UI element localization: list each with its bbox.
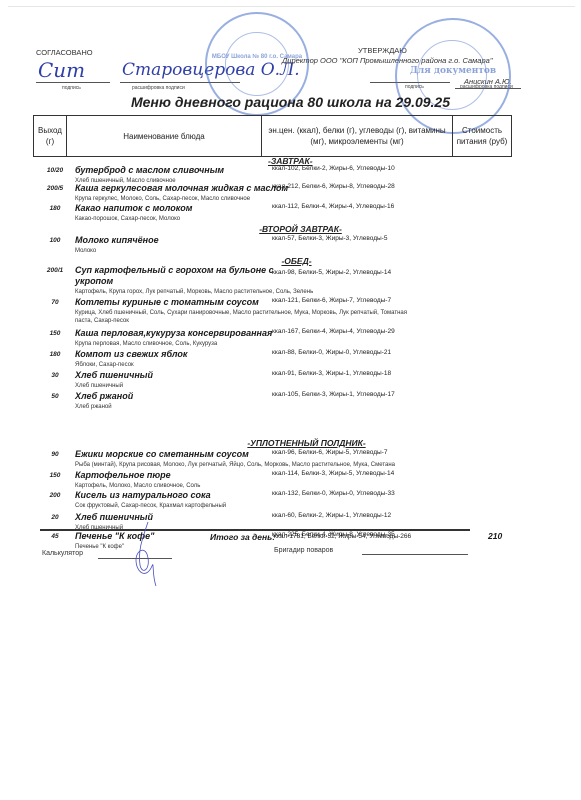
- item-name: Картофельное пюре: [75, 470, 275, 481]
- item-output: 45: [40, 533, 70, 540]
- item-nutrition: ккал-112, Белки-4, Жиры-4, Углеводы-16: [272, 203, 394, 210]
- calculator-label: Калькулятор: [42, 550, 83, 557]
- page-edge: [8, 6, 575, 7]
- item-nutrition: ккал-114, Белки-3, Жиры-5, Углеводы-14: [272, 470, 394, 477]
- total-cost: 210: [488, 531, 502, 541]
- item-ingredients: Яблоки, Сахар-песок: [75, 361, 425, 369]
- item-name: Хлеб ржаной: [75, 391, 275, 402]
- item-nutrition: ккал-91, Белки-3, Жиры-1, Углеводы-18: [272, 370, 391, 377]
- calculator-signature: [128, 520, 168, 590]
- header-dish-name: Наименование блюда: [67, 116, 262, 157]
- item-output: 150: [40, 472, 70, 479]
- item-output: 200/1: [40, 267, 70, 274]
- item-output: 50: [40, 393, 70, 400]
- item-ingredients: Сок фруктовый, Сахар-песок, Крахмал карт…: [75, 502, 425, 510]
- total-label: Итого за день:: [210, 532, 275, 542]
- item-name: Кисель из натурального сока: [75, 490, 275, 501]
- item-nutrition: ккал-102, Белки-2, Жиры-6, Углеводы-10: [272, 165, 395, 172]
- item-output: 10/20: [40, 167, 70, 174]
- item-ingredients: Рыба (минтай), Крупа рисовая, Молоко, Лу…: [75, 461, 425, 469]
- item-output: 150: [40, 330, 70, 337]
- item-name: Молоко кипячёное: [75, 235, 275, 246]
- item-output: 200: [40, 492, 70, 499]
- header-cost: Стоимость питания (руб): [453, 116, 512, 157]
- item-output: 30: [40, 372, 70, 379]
- item-ingredients: Крупа геркулес, Молоко, Соль, Сахар-песо…: [75, 195, 425, 203]
- item-nutrition: ккал-132, Белки-0, Жиры-0, Углеводы-33: [272, 490, 395, 497]
- item-nutrition: ккал-167, Белки-4, Жиры-4, Углеводы-29: [272, 328, 395, 335]
- item-nutrition: ккал-60, Белки-2, Жиры-1, Углеводы-12: [272, 512, 391, 519]
- approved-signature: Сит: [38, 58, 85, 82]
- item-output: 20: [40, 514, 70, 521]
- item-name: Суп картофельный с горохом на бульоне с …: [75, 265, 275, 287]
- item-nutrition: ккал-105, Белки-3, Жиры-1, Углеводы-17: [272, 391, 395, 398]
- item-name: Хлеб пшеничный: [75, 512, 275, 523]
- item-name: Компот из свежих яблок: [75, 349, 275, 360]
- item-nutrition: ккал-212, Белки-6, Жиры-8, Углеводы-28: [272, 183, 395, 190]
- item-output: 90: [40, 451, 70, 458]
- item-ingredients: Хлеб пшеничный: [75, 382, 425, 390]
- total-divider: [40, 529, 470, 531]
- item-ingredients: Крупа перловая, Масло сливочное, Соль, К…: [75, 340, 425, 348]
- item-output: 100: [40, 237, 70, 244]
- signature-caption: подпись: [62, 85, 81, 91]
- section-title: -УПЛОТНЕННЫЙ ПОЛДНИК-: [16, 438, 581, 448]
- item-nutrition: ккал-88, Белки-0, Жиры-0, Углеводы-21: [272, 349, 391, 356]
- chef-line: [362, 554, 468, 555]
- item-ingredients: Картофель, Крупа горох, Лук репчатый, Мо…: [75, 288, 425, 296]
- total-nutrition: ккал-1781, Белки-52, Жиры-54, Углеводы-2…: [274, 533, 411, 540]
- item-name: Каша геркулесовая молочная жидкая с масл…: [75, 183, 275, 194]
- chef-label: Бригадир поваров: [274, 547, 333, 554]
- item-output: 180: [40, 351, 70, 358]
- item-nutrition: ккал-98, Белки-5, Жиры-2, Углеводы-14: [272, 269, 391, 276]
- item-ingredients: Хлеб ржаной: [75, 403, 425, 411]
- decode-caption: расшифровка подписи: [132, 85, 185, 91]
- item-name: Ежики морские со сметанным соусом: [75, 449, 275, 460]
- signature-line: [36, 82, 110, 83]
- item-output: 180: [40, 205, 70, 212]
- item-name: Какао напиток с молоком: [75, 203, 275, 214]
- item-name: бутерброд с маслом сливочным: [75, 165, 275, 176]
- item-ingredients: Какао-порошок, Сахар-песок, Молоко: [75, 215, 425, 223]
- header-output: Выход (г): [34, 116, 67, 157]
- item-name: Каша перловая,кукуруза консервированная: [75, 328, 275, 339]
- item-ingredients: Молоко: [75, 247, 425, 255]
- item-nutrition: ккал-96, Белки-6, Жиры-5, Углеводы-7: [272, 449, 387, 456]
- item-ingredients: Курица, Хлеб пшеничный, Соль, Сухари пан…: [75, 309, 425, 325]
- item-output: 200/5: [40, 185, 70, 192]
- section-title: -ВТОРОЙ ЗАВТРАК-: [10, 224, 581, 234]
- approved-label: СОГЛАСОВАНО: [36, 48, 93, 57]
- item-name: Котлеты куриные с томатным соусом: [75, 297, 275, 308]
- header-nutrition: эн.цен. (ккал), белки (г), углеводы (г),…: [262, 116, 453, 157]
- item-nutrition: ккал-121, Белки-6, Жиры-7, Углеводы-7: [272, 297, 391, 304]
- item-name: Хлеб пшеничный: [75, 370, 275, 381]
- table-header: Выход (г) Наименование блюда эн.цен. (кк…: [33, 115, 512, 157]
- item-output: 70: [40, 299, 70, 306]
- page-title: Меню дневного рациона 80 школа на 29.09.…: [0, 94, 581, 110]
- item-ingredients: Картофель, Молоко, Масло сливочное, Соль: [75, 482, 425, 490]
- item-nutrition: ккал-57, Белки-3, Жиры-3, Углеводы-5: [272, 235, 387, 242]
